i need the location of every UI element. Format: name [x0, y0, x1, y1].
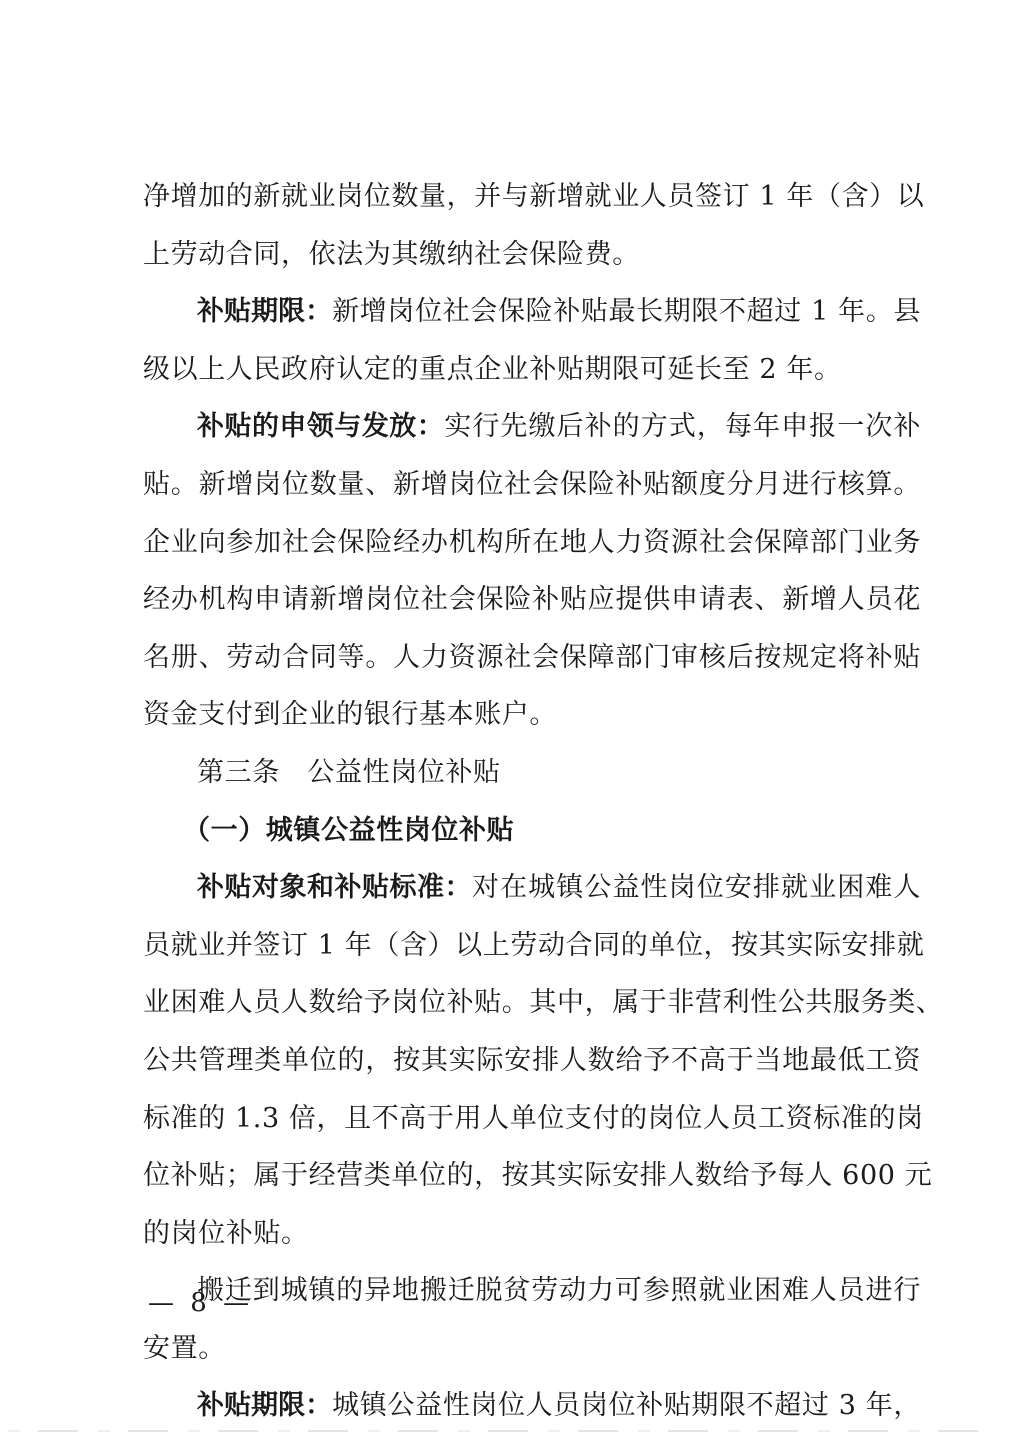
paragraph-line: 公共管理类单位的，按其实际安排人数给予不高于当地最低工资	[143, 1032, 921, 1090]
paragraph-text: 新增岗位社会保险补贴最长期限不超过 1 年。县	[332, 296, 921, 327]
paragraph-label: 补贴的申领与发放：	[197, 411, 444, 442]
paragraph-subsidy-target: 补贴对象和补贴标准：对在城镇公益性岗位安排就业困难人	[143, 859, 921, 917]
paragraph-line: 员就业并签订 1 年（含）以上劳动合同的单位，按其实际安排就	[143, 917, 921, 975]
paragraph-line: 上劳动合同，依法为其缴纳社会保险费。	[143, 226, 921, 284]
paragraph-line: 级以上人民政府认定的重点企业补贴期限可延长至 2 年。	[143, 341, 921, 399]
paragraph-line: 位补贴；属于经营类单位的，按其实际安排人数给予每人 600 元	[143, 1147, 921, 1205]
paragraph-text: 对在城镇公益性岗位安排就业困难人	[472, 872, 921, 903]
article-heading: 第三条 公益性岗位补贴	[143, 744, 921, 802]
paragraph-line: 资金支付到企业的银行基本账户。	[143, 686, 921, 744]
paragraph-line: 名册、劳动合同等。人力资源社会保障部门审核后按规定将补贴	[143, 629, 921, 687]
document-page: 净增加的新就业岗位数量，并与新增就业人员签订 1 年（含）以 上劳动合同，依法为…	[143, 168, 921, 1435]
paragraph-relocation: 搬迁到城镇的异地搬迁脱贫劳动力可参照就业困难人员进行	[143, 1262, 921, 1320]
paragraph-line: 的岗位补贴。	[143, 1205, 921, 1263]
paragraph-label: 补贴对象和补贴标准：	[197, 872, 472, 903]
paragraph-line: 标准的 1.3 倍，且不高于用人单位支付的岗位人员工资标准的岗	[143, 1090, 921, 1148]
paragraph-line: 业困难人员人数给予岗位补贴。其中，属于非营利性公共服务类、	[143, 974, 921, 1032]
paragraph-text: 城镇公益性岗位人员岗位补贴期限不超过 3 年，	[332, 1390, 921, 1421]
paragraph-label: 补贴期限：	[197, 1390, 332, 1421]
section-heading: （一）城镇公益性岗位补贴	[143, 802, 921, 860]
paragraph-application: 补贴的申领与发放：实行先缴后补的方式，每年申报一次补	[143, 398, 921, 456]
paragraph-text: 实行先缴后补的方式，每年申报一次补	[444, 411, 921, 442]
paragraph-label: 补贴期限：	[197, 296, 332, 327]
paragraph-line: 净增加的新就业岗位数量，并与新增就业人员签订 1 年（含）以	[143, 168, 921, 226]
paragraph-line: 企业向参加社会保险经办机构所在地人力资源社会保障部门业务	[143, 514, 921, 572]
paragraph-line: 安置。	[143, 1320, 921, 1378]
paragraph-subsidy-period-2: 补贴期限：城镇公益性岗位人员岗位补贴期限不超过 3 年，	[143, 1377, 921, 1435]
paragraph-line: 贴。新增岗位数量、新增岗位社会保险补贴额度分月进行核算。	[143, 456, 921, 514]
page-number: — 8 —	[148, 1288, 253, 1318]
paragraph-line: 经办机构申请新增岗位社会保险补贴应提供申请表、新增人员花	[143, 571, 921, 629]
scan-edge-artifact	[8, 1430, 978, 1432]
paragraph-subsidy-period: 补贴期限：新增岗位社会保险补贴最长期限不超过 1 年。县	[143, 283, 921, 341]
